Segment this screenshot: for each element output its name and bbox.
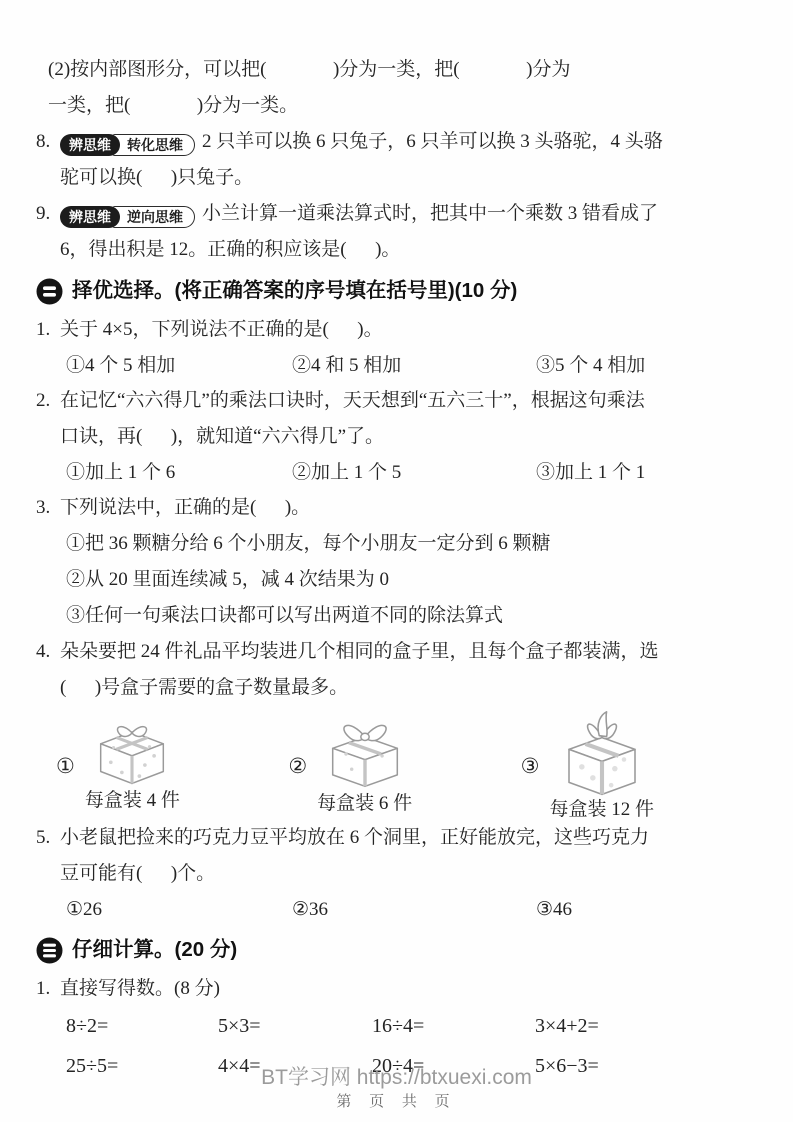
option-1: ①26 (66, 892, 292, 927)
question-8-text: 2 只羊可以换 6 只兔子，6 只羊可以换 3 头骆驼，4 头骆 (202, 131, 663, 152)
option-3: ③46 (536, 892, 767, 927)
section-3-header: 仔细计算。(20 分) (36, 931, 767, 969)
calc-expression: 16÷4= (372, 1007, 535, 1045)
section-3-title: 仔细计算。(20 分) (72, 931, 237, 969)
choice-question-2-line2: 口诀，再( )，就知道“六六得几”了。 (60, 419, 767, 455)
page-footer: BT学习网 https://btxuexi.com 第 页 共 页 (0, 1064, 793, 1114)
option-2: ②4 和 5 相加 (292, 348, 536, 383)
question-7-part2-line1: (2)按内部图形分，可以把( )分为一类，把( )分为 (48, 52, 767, 88)
choice-question-3: 3. 下列说法中，正确的是( )。 ①把 36 颗糖分给 6 个小朋友，每个小朋… (36, 490, 767, 634)
question-8-line2: 驼可以换( )只兔子。 (60, 160, 767, 196)
option-1: ①加上 1 个 6 (66, 455, 292, 490)
option-2: ②36 (292, 892, 536, 927)
badge-bian-siwei: 辨思维 (60, 134, 120, 156)
worksheet-content: (2)按内部图形分，可以把( )分为一类，把( )分为 一类，把( )分为一类。… (0, 0, 793, 1085)
choice-question-3-text: 下列说法中，正确的是( )。 (60, 490, 767, 526)
gift-option-1-label: 每盒装 4 件 (85, 789, 180, 813)
calc-expression: 5×3= (218, 1007, 372, 1045)
gift-option-3: ③ (521, 710, 753, 822)
section-three-circle-icon (36, 937, 63, 964)
worksheet-page: (2)按内部图形分，可以把( )分为一类，把( )分为 一类，把( )分为一类。… (0, 0, 793, 1122)
question-8: 8. 辨思维转化思维2 只羊可以换 6 只兔子，6 只羊可以换 3 头骆驼，4 … (36, 124, 767, 196)
choice-question-2: 2. 在记忆“六六得几”的乘法口诀时，天天想到“五六三十”，根据这句乘法 口诀，… (36, 383, 767, 490)
choice-question-1: 1. 关于 4×5，下列说法不正确的是( )。 ①4 个 5 相加 ②4 和 5… (36, 312, 767, 383)
choice-question-5-number: 5. (36, 820, 60, 856)
question-9: 9. 辨思维逆向思维小兰计算一道乘法算式时，把其中一个乘数 3 错看成了 6，得… (36, 196, 767, 268)
question-9-line1: 辨思维逆向思维小兰计算一道乘法算式时，把其中一个乘数 3 错看成了 (60, 196, 767, 232)
choice-question-1-number: 1. (36, 312, 60, 348)
choice-question-3-number: 3. (36, 490, 60, 526)
watermark-site-url: BT学习网 https://btxuexi.com (0, 1064, 793, 1091)
thinking-skill-badge: 辨思维逆向思维 (60, 206, 195, 228)
calc-expression: 3×4+2= (535, 1007, 767, 1045)
section-2-title: 择优选择。(将正确答案的序号填在括号里)(10 分) (72, 272, 517, 310)
gift-box-small-icon (91, 719, 173, 789)
option-1: ①4 个 5 相加 (66, 348, 292, 383)
option-3: ③加上 1 个 1 (536, 455, 767, 490)
choice-question-5-options: ①26 ②36 ③46 (60, 892, 767, 927)
thinking-skill-badge: 辨思维转化思维 (60, 134, 195, 156)
choice-question-2-options: ①加上 1 个 6 ②加上 1 个 5 ③加上 1 个 1 (60, 455, 767, 490)
calc-subsection-1-text: 直接写得数。(8 分) (60, 971, 767, 1007)
calc-subsection-1: 1. 直接写得数。(8 分) (36, 971, 767, 1007)
question-7-part2: (2)按内部图形分，可以把( )分为一类，把( )分为 一类，把( )分为一类。 (36, 52, 767, 124)
choice-question-4: 4. 朵朵要把 24 件礼品平均装进几个相同的盒子里，且每个盒子都装满，选 ( … (36, 634, 767, 706)
gift-option-2: ② (288, 716, 520, 816)
choice-question-5-line1: 小老鼠把捡来的巧克力豆平均放在 6 个洞里，正好能放完，这些巧克力 (60, 820, 767, 856)
choice-question-2-number: 2. (36, 383, 60, 419)
question-9-text: 小兰计算一道乘法算式时，把其中一个乘数 3 错看成了 (202, 203, 658, 224)
gift-option-1: ① (56, 719, 288, 813)
choice-question-5-line2: 豆可能有( )个。 (60, 856, 767, 892)
gift-boxes-figure: ① (36, 714, 767, 818)
calc-subsection-1-number: 1. (36, 971, 60, 1007)
choice-question-4-line2: ( )号盒子需要的盒子数量最多。 (60, 670, 767, 706)
question-8-line1: 辨思维转化思维2 只羊可以换 6 只兔子，6 只羊可以换 3 头骆驼，4 头骆 (60, 124, 767, 160)
choice-question-4-number: 4. (36, 634, 60, 670)
question-7-part2-line2: 一类，把( )分为一类。 (48, 88, 767, 124)
choice-question-4-line1: 朵朵要把 24 件礼品平均装进几个相同的盒子里，且每个盒子都装满，选 (60, 634, 767, 670)
option-1: ①把 36 颗糖分给 6 个小朋友，每个小朋友一定分到 6 颗糖 (60, 526, 767, 562)
gift-option-2-marker: ② (288, 756, 307, 777)
choice-question-1-options: ①4 个 5 相加 ②4 和 5 相加 ③5 个 4 相加 (60, 348, 767, 383)
gift-option-2-label: 每盒装 6 件 (317, 792, 412, 816)
section-2-header: 择优选择。(将正确答案的序号填在括号里)(10 分) (36, 272, 767, 310)
option-3: ③5 个 4 相加 (536, 348, 767, 383)
badge-bian-siwei: 辨思维 (60, 206, 120, 228)
badge-zhuanhua-siwei: 转化思维 (112, 134, 195, 155)
choice-question-5: 5. 小老鼠把捡来的巧克力豆平均放在 6 个洞里，正好能放完，这些巧克力 豆可能… (36, 820, 767, 927)
choice-question-2-line1: 在记忆“六六得几”的乘法口诀时，天天想到“五六三十”，根据这句乘法 (60, 383, 767, 419)
choice-question-1-text: 关于 4×5，下列说法不正确的是( )。 (60, 312, 767, 348)
gift-option-1-marker: ① (56, 756, 75, 777)
option-2: ②加上 1 个 5 (292, 455, 536, 490)
question-9-number: 9. (36, 196, 60, 232)
gift-box-medium-icon (323, 716, 407, 792)
gift-option-3-label: 每盒装 12 件 (549, 798, 654, 822)
gift-option-3-marker: ③ (521, 756, 540, 777)
question-9-line2: 6，得出积是 12。正确的积应该是( )。 (60, 232, 767, 268)
page-number-line: 第 页 共 页 (0, 1091, 793, 1114)
gift-box-large-icon (558, 710, 646, 798)
option-2: ②从 20 里面连续减 5，减 4 次结果为 0 (60, 562, 767, 598)
question-8-number: 8. (36, 124, 60, 160)
calc-expression: 8÷2= (66, 1007, 218, 1045)
option-3: ③任何一句乘法口诀都可以写出两道不同的除法算式 (60, 598, 767, 634)
section-two-circle-icon (36, 278, 63, 305)
badge-nixiang-siwei: 逆向思维 (112, 206, 195, 227)
